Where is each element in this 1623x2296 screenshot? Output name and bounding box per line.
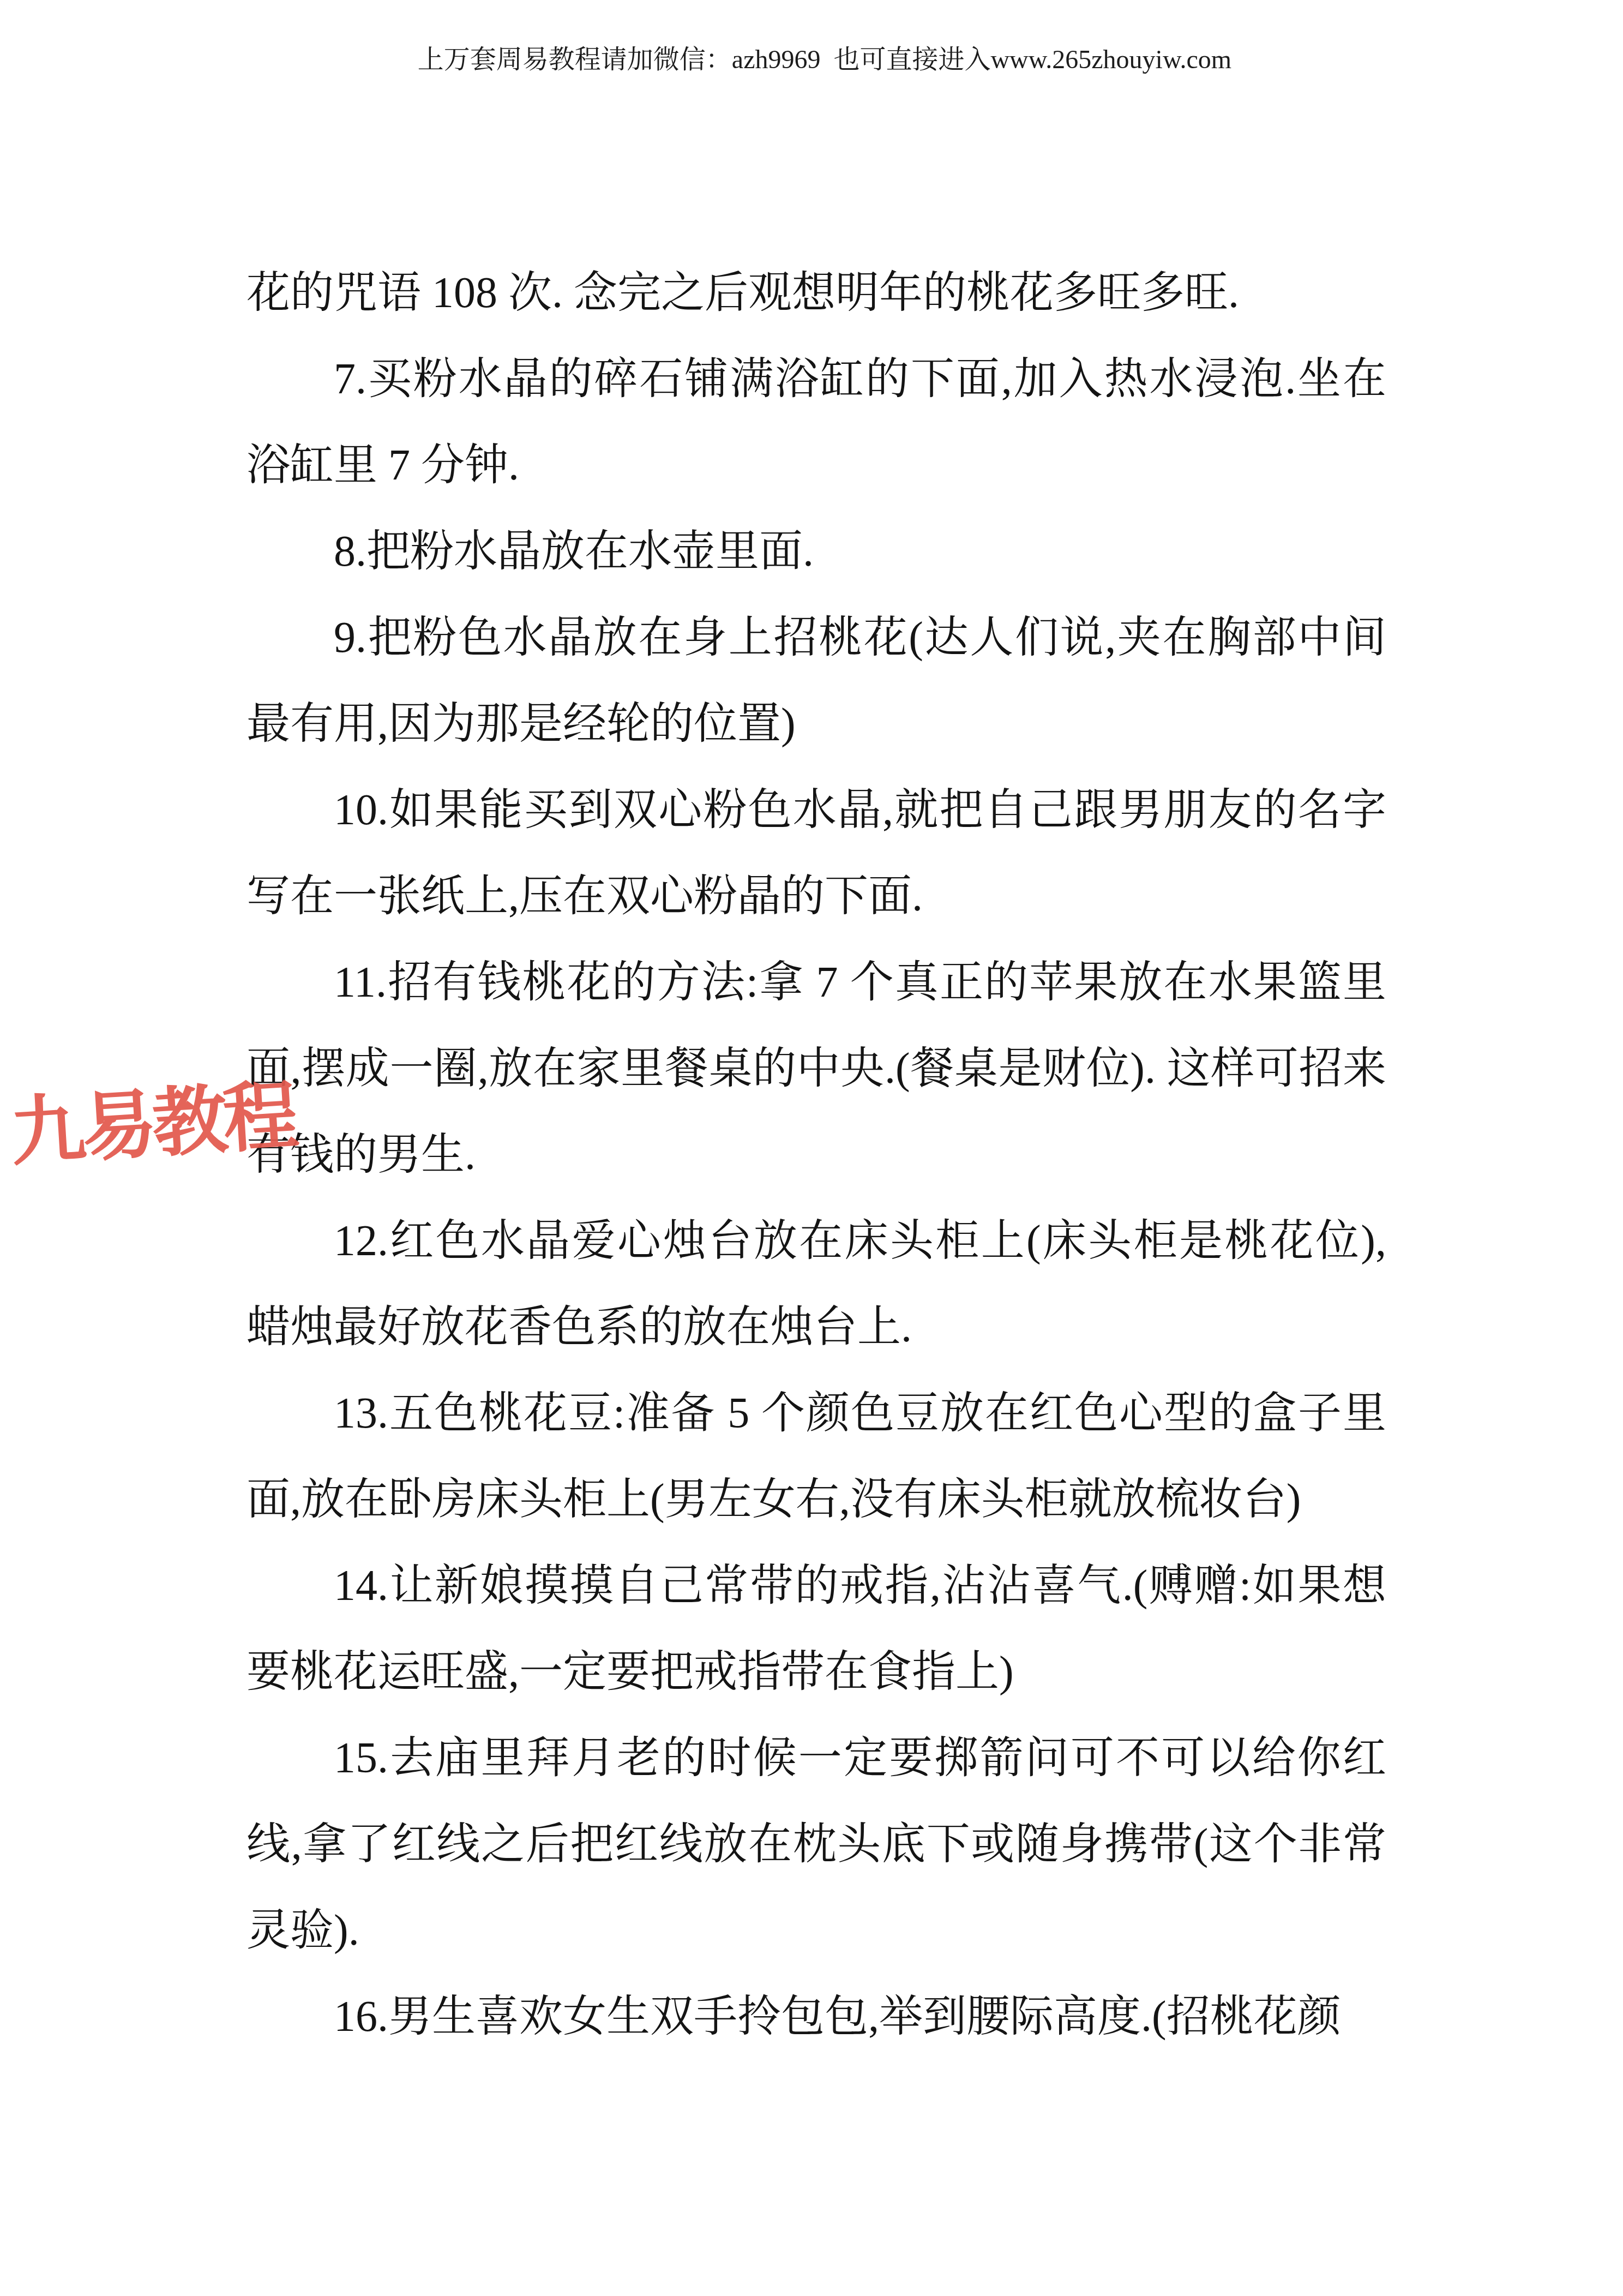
paragraph: 10.如果能买到双心粉色水晶,就把自己跟男朋友的名字写在一张纸上,压在双心粉晶的… (247, 767, 1386, 939)
paragraph: 花的咒语 108 次. 念完之后观想明年的桃花多旺多旺. (247, 250, 1386, 336)
paragraph: 16.男生喜欢女生双手拎包包,举到腰际高度.(招桃花颜 (247, 1974, 1386, 2060)
header-promo: 上万套周易教程请加微信：azh9969 也可直接进入www.265zhouyiw… (0, 11, 1623, 109)
paragraph: 15.去庙里拜月老的时候一定要掷箭问可不可以给你红线,拿了红线之后把红线放在枕头… (247, 1715, 1386, 1974)
paragraph: 7.买粉水晶的碎石铺满浴缸的下面,加入热水浸泡.坐在浴缸里 7 分钟. (247, 336, 1386, 508)
paragraph: 9.把粉色水晶放在身上招桃花(达人们说,夹在胸部中间最有用,因为那是经轮的位置) (247, 595, 1386, 767)
paragraph: 14.让新娘摸摸自己常带的戒指,沾沾喜气.(赙赠:如果想要桃花运旺盛,一定要把戒… (247, 1543, 1386, 1715)
paragraph: 8.把粉水晶放在水壶里面. (247, 508, 1386, 595)
header-promo-text: 上万套周易教程请加微信：azh9969 也可直接进入www.265zhouyiw… (418, 45, 1231, 74)
document-body: 花的咒语 108 次. 念完之后观想明年的桃花多旺多旺.7.买粉水晶的碎石铺满浴… (247, 250, 1386, 2060)
paragraph: 12.红色水晶爱心烛台放在床头柜上(床头柜是桃花位),蜡烛最好放花香色系的放在烛… (247, 1198, 1386, 1370)
document-page: 上万套周易教程请加微信：azh9969 也可直接进入www.265zhouyiw… (0, 0, 1623, 2296)
paragraph: 13.五色桃花豆:准备 5 个颜色豆放在红色心型的盒子里面,放在卧房床头柜上(男… (247, 1370, 1386, 1543)
paragraph: 11.招有钱桃花的方法:拿 7 个真正的苹果放在水果篮里面,摆成一圈,放在家里餐… (247, 939, 1386, 1198)
